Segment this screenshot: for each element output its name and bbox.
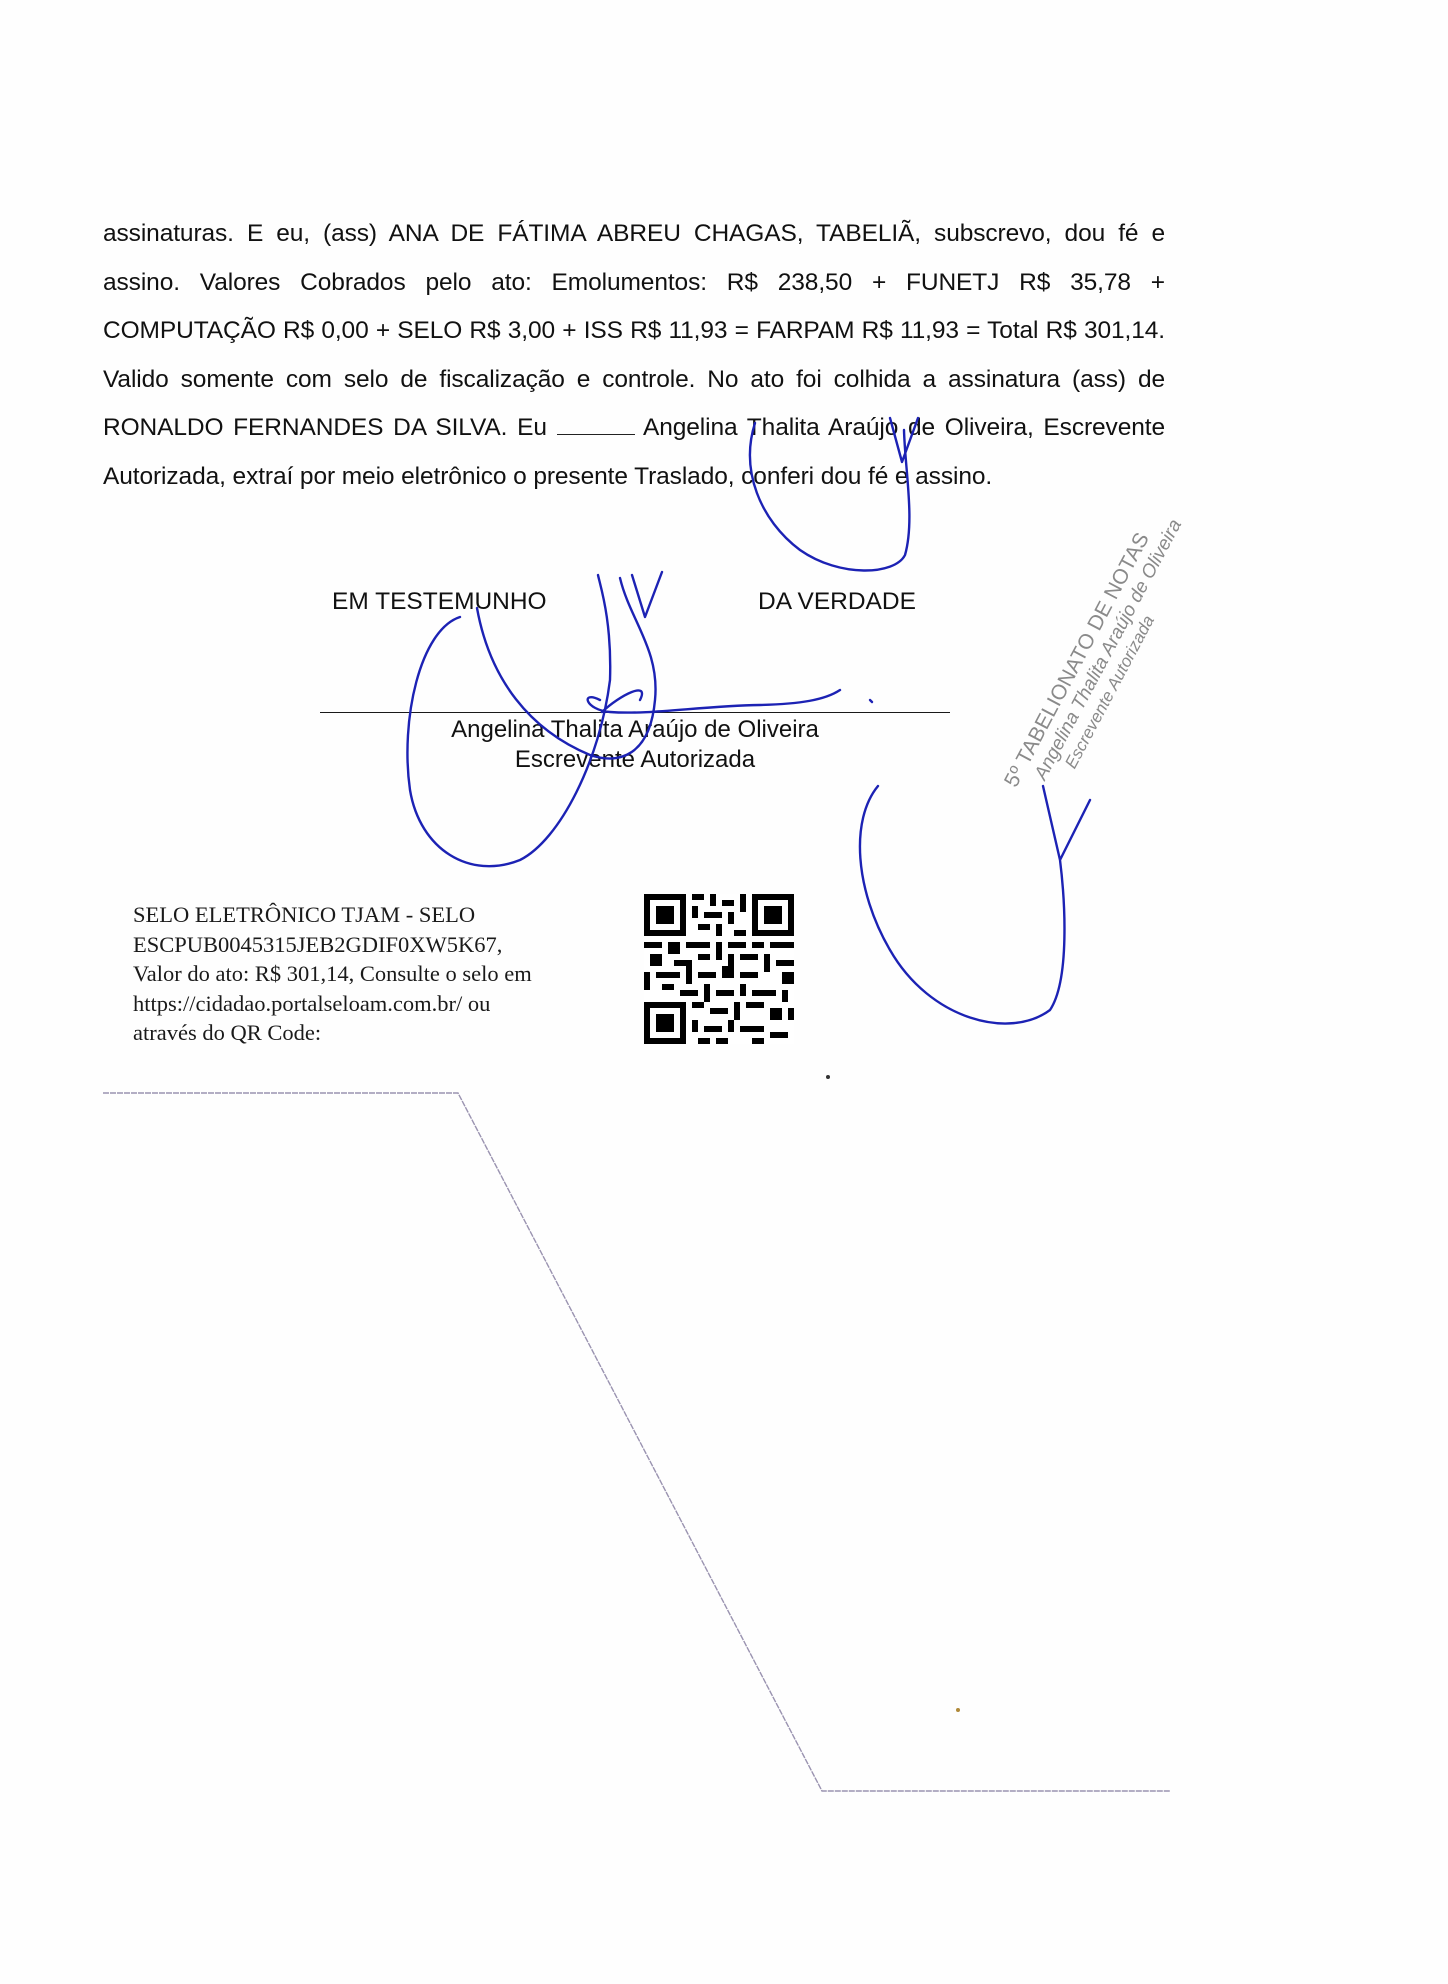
electronic-seal-text: SELO ELETRÔNICO TJAM - SELO ESCPUB004531…: [133, 900, 603, 1048]
seal-line-3: Valor do ato: R$ 301,14, Consulte o selo…: [133, 959, 603, 989]
witness-right-label: DA VERDADE: [758, 588, 916, 616]
notary-stamp: 5º TABELIONATO DE NOTAS Angelina Thalita…: [1000, 515, 1199, 811]
signature-line: [320, 712, 950, 713]
stamp-line-2: Angelina Thalita Araújo de Oliveira: [1031, 526, 1182, 784]
document-page: assinaturas. E eu, (ass) ANA DE FÁTIMA A…: [0, 0, 1448, 1984]
seal-url-line[interactable]: https://cidadao.portalseloam.com.br/ ou: [133, 989, 603, 1019]
cancellation-line: [103, 1093, 1170, 1791]
speck: [956, 1708, 960, 1712]
speck: [826, 1075, 830, 1079]
main-signature-v: [632, 572, 662, 617]
seal-line-2: ESCPUB0045315JEB2GDIF0XW5K67,: [133, 930, 603, 960]
body-text-part-1: assinaturas. E eu, (ass) ANA DE FÁTIMA A…: [103, 220, 1165, 441]
body-paragraph: assinaturas. E eu, (ass) ANA DE FÁTIMA A…: [103, 210, 1165, 501]
seal-line-1: SELO ELETRÔNICO TJAM - SELO: [133, 900, 603, 930]
signatory-name: Angelina Thalita Araújo de Oliveira: [320, 716, 950, 744]
signature-blank: [557, 416, 635, 435]
qr-code-icon[interactable]: [644, 894, 794, 1044]
signatory-role: Escrevente Autorizada: [320, 746, 950, 774]
witness-left-label: EM TESTEMUNHO: [332, 588, 547, 616]
seal-line-5: através do QR Code:: [133, 1018, 603, 1048]
main-signature-dot: [870, 700, 872, 702]
stamp-rubric: [860, 786, 1090, 1024]
main-signature-scribble: [588, 690, 840, 713]
